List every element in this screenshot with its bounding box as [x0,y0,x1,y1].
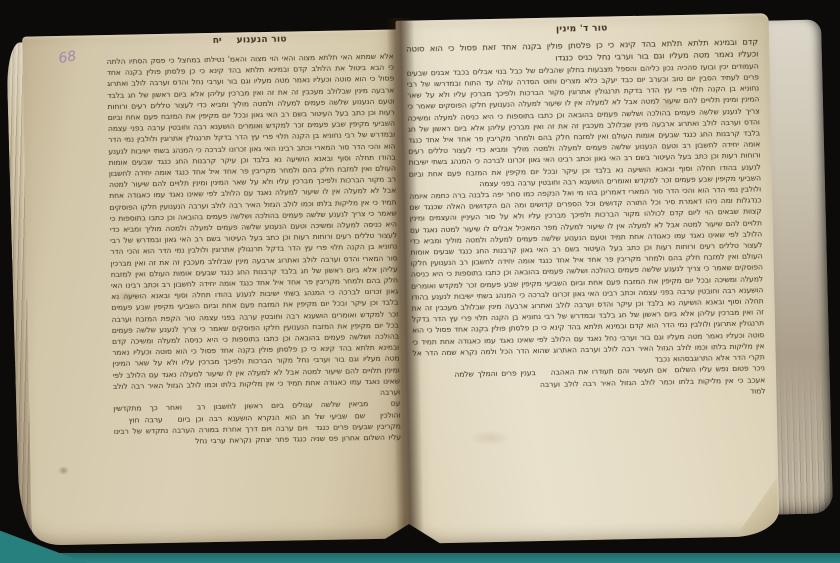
body-paragraph: העמודים יכין ובועז סהכיה נכון כליהם והספ… [407,60,762,191]
right-running-head: טור ד' מינין [556,24,608,35]
table-surface [0,553,840,563]
right-page-text: קדם ובמינא תלתא תלתא בהד קינא כי כן פלסת… [406,35,767,494]
left-running-head: טור הנענוע [237,35,287,46]
body-paragraph: עם מביאין שלשה עגולים ביום ראשון לחשבון … [113,398,401,448]
right-page: טור ד' מינין קדם ובמינא תלתא תלתא בהד קי… [396,13,780,544]
photo-scene: 68 טור הנענוע יח אלא שמתא האי תלתא מצוה … [0,0,840,563]
body-paragraph: ולולבין נמי הדר הוא והכי הדר סור המארי ד… [409,183,765,370]
body-paragraph: אלא שמתא האי תלתא מצוה והאי הוי מצוה והא… [107,51,401,404]
printed-folio-number: יח [213,36,222,46]
body-paragraph: אעכב כי אין מליקות בלתו וכמר לולב הגזול … [540,374,766,401]
left-header-row: טור הנענוע יח [106,33,393,49]
handwritten-folio-number: 68 [57,48,77,67]
left-page-text: אלא שמתא האי תלתא מצוה והאי הוי מצוה והא… [107,51,403,508]
left-page: 68 טור הנענוע יח אלא שמתא האי תלתא מצוה … [22,29,408,545]
right-header-row: טור ד' מינין [406,20,758,37]
